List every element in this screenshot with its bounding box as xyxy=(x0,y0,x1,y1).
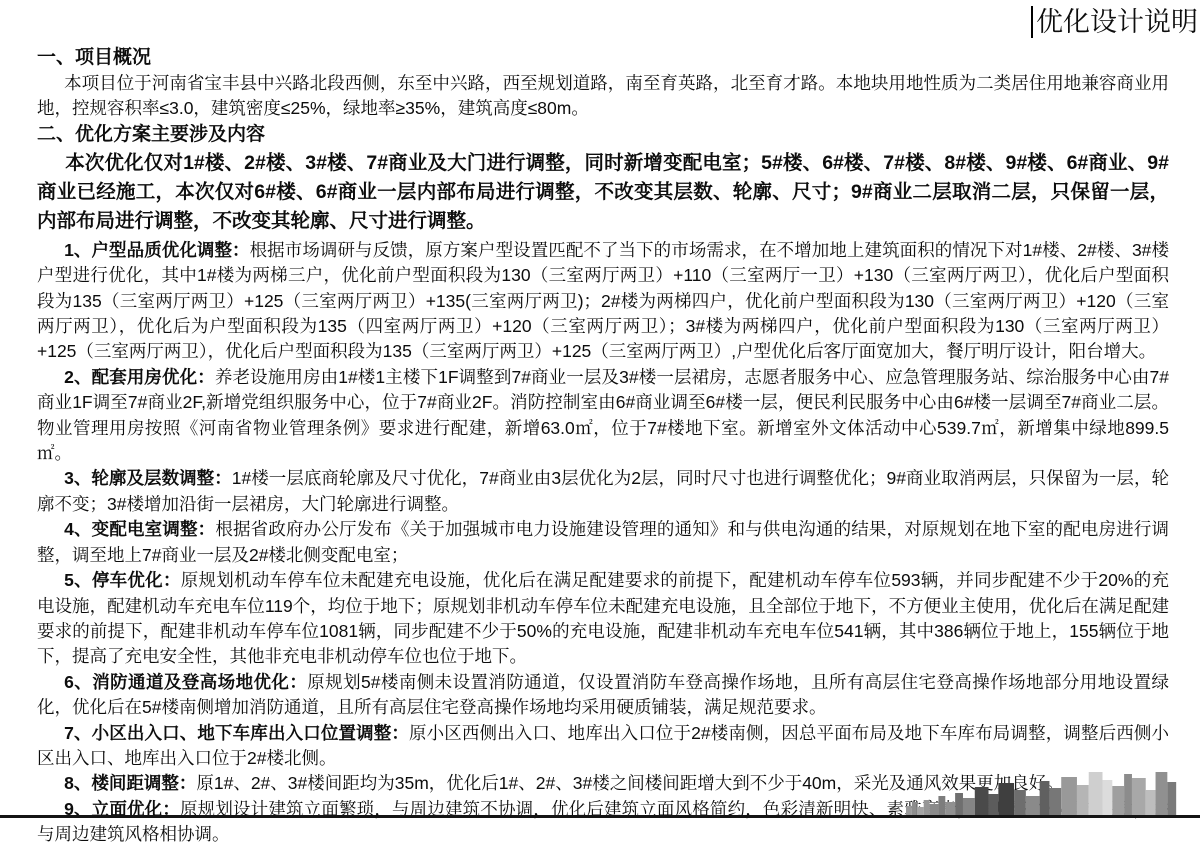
item-label: 5、停车优化： xyxy=(64,570,181,590)
item-label: 8、楼间距调整： xyxy=(64,773,196,793)
item-paragraph-2: 2、配套用房优化：养老设施用房由1#楼1主楼下1F调整到7#商业一层及3#楼一层… xyxy=(37,365,1169,467)
item-text: 原规划机动车停车位未配建充电设施，优化后在满足配建要求的前提下，配建机动车停车位… xyxy=(37,570,1169,666)
document-body: 一、项目概况 本项目位于河南省宝丰县中兴路北段西侧，东至中兴路，西至规划道路，南… xyxy=(37,45,1169,848)
page-title: 优化设计说明 xyxy=(1036,6,1198,38)
section-heading-optimization-content: 二、优化方案主要涉及内容 xyxy=(37,122,1169,148)
item-paragraph-7: 7、小区出入口、地下车库出入口位置调整：原小区西侧出入口、地库出入口位于2#楼南… xyxy=(37,721,1169,772)
item-label: 2、配套用房优化： xyxy=(64,367,215,387)
item-paragraph-4: 4、变配电室调整：根据省政府办公厅发布《关于加强城市电力设施建设管理的通知》和与… xyxy=(37,517,1169,568)
page-header: 优化设计说明 xyxy=(1031,6,1198,38)
section-heading-project-overview: 一、项目概况 xyxy=(37,45,1169,71)
city-skyline-icon xyxy=(906,771,1186,815)
design-note-page: 优化设计说明 一、项目概况 本项目位于河南省宝丰县中兴路北段西侧，东至中兴路，西… xyxy=(0,0,1200,849)
item-paragraph-6: 6、消防通道及登高场地优化：原规划5#楼南侧未设置消防通道，仅设置消防车登高操作… xyxy=(37,670,1169,721)
item-label: 1、户型品质优化调整： xyxy=(64,240,249,260)
project-overview-paragraph: 本项目位于河南省宝丰县中兴路北段西侧，东至中兴路，西至规划道路，南至育英路，北至… xyxy=(37,71,1169,122)
bottom-rule-divider xyxy=(0,815,1200,818)
item-label: 6、消防通道及登高场地优化： xyxy=(64,672,307,692)
item-label: 3、轮廓及层数调整： xyxy=(64,468,232,488)
item-label: 4、变配电室调整： xyxy=(64,519,215,539)
item-paragraph-3: 3、轮廓及层数调整：1#楼一层底商轮廓及尺寸优化，7#商业由3层优化为2层，同时… xyxy=(37,466,1169,517)
optimization-summary-paragraph: 本次优化仅对1#楼、2#楼、3#楼、7#商业及大门进行调整，同时新增变配电室；5… xyxy=(37,149,1169,236)
item-paragraph-5: 5、停车优化：原规划机动车停车位未配建充电设施，优化后在满足配建要求的前提下，配… xyxy=(37,568,1169,670)
title-divider-bar xyxy=(1031,6,1033,38)
item-paragraph-1: 1、户型品质优化调整：根据市场调研与反馈，原方案户型设置匹配不了当下的市场需求，… xyxy=(37,238,1169,365)
item-label: 7、小区出入口、地下车库出入口位置调整： xyxy=(64,723,409,743)
